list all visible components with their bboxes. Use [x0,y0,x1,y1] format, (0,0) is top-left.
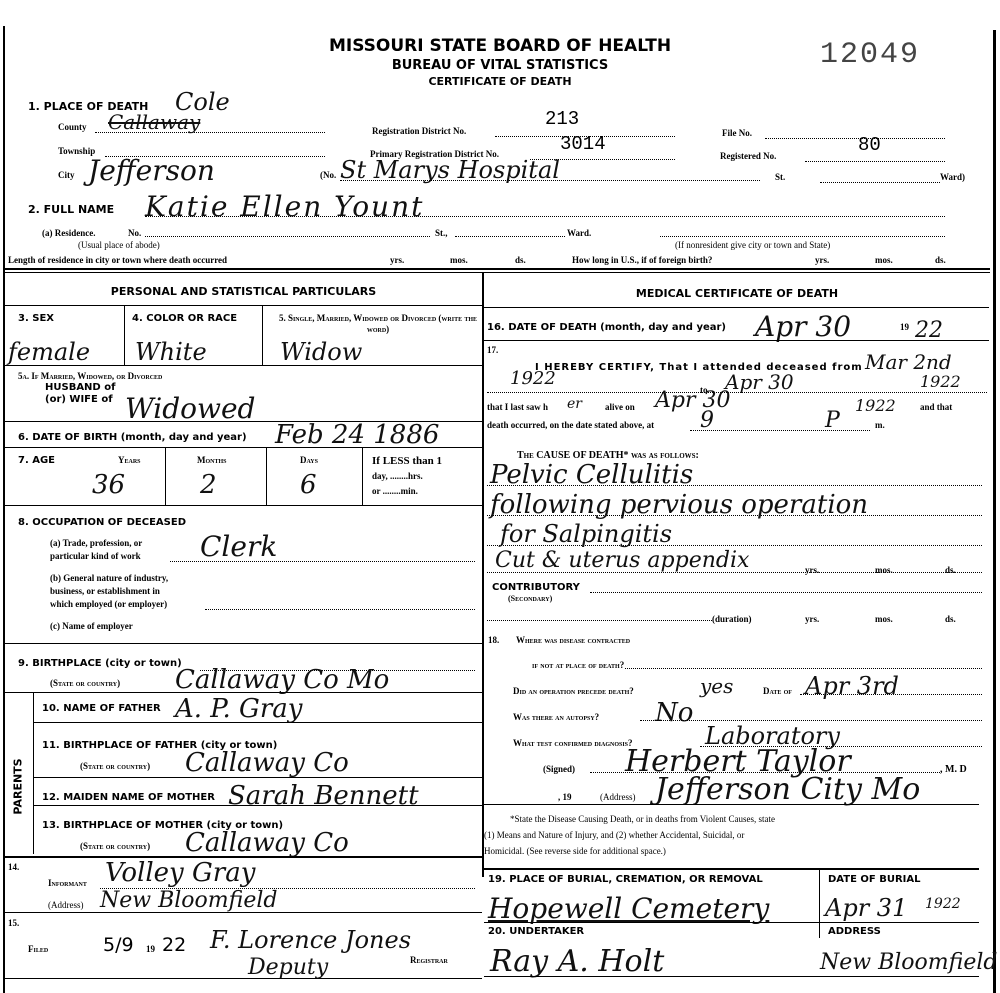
divider [484,340,989,341]
length-mos-label: mos. [450,255,468,265]
burial-date-value: Apr 31 [825,894,907,922]
attended-from-day: 1922 [510,368,556,389]
autopsy-label: Was there an autopsy? [513,712,599,722]
personal-section-title: PERSONAL AND STATISTICAL PARTICULARS [5,285,482,298]
occ-a-label-2: particular kind of work [50,551,141,561]
registered-no-label: Registered No. [720,151,776,161]
marital-label: 5. Single, Married, Widowed or Divorced … [278,313,478,335]
sex-value: female [8,338,90,366]
form-subtitle: BUREAU OF VITAL STATISTICS [250,58,750,73]
divider [484,868,979,870]
informant-label: Informant [48,878,87,888]
year-label: , 19 [558,792,572,802]
divider [484,976,979,977]
dob-value: Feb 24 1886 [275,420,439,450]
less-min-label: or ........min. [372,486,418,496]
registration-district-value: 213 [545,108,579,130]
certify-num: 17. [487,345,498,355]
divider [33,722,482,723]
county-struck: Callaway [108,110,200,134]
signed-label: (Signed) [543,764,575,774]
no-label: (No. [320,170,336,180]
footnote-1: *State the Disease Causing Death, or in … [510,814,775,824]
form-doc-type: CERTIFICATE OF DEATH [250,75,750,88]
registrar-label: Registrar [410,955,448,965]
burial-place-label: 19. PLACE OF BURIAL, CREMATION, OR REMOV… [488,874,763,885]
contributory-field [590,584,982,593]
last-saw-label: that I last saw h [487,402,548,412]
divider [5,643,482,644]
footnote-2: (1) Means and Nature of Injury, and (2) … [484,830,744,840]
divider [362,447,363,505]
ward-field [820,170,940,183]
divider [33,777,482,778]
residence-state-field [660,226,945,237]
parents-label: PARENTS [6,730,24,850]
divider [266,447,267,505]
column-divider [482,272,484,877]
file-no-label: File No. [722,128,752,138]
undertaker-value: Ray A. Holt [490,944,664,979]
divider [33,805,482,806]
length-yrs-label: yrs. [390,255,404,265]
informant-num: 14. [8,862,19,872]
divider [819,868,820,938]
undertaker-label: 20. UNDERTAKER [488,926,584,937]
registrar-deputy: Deputy [248,955,328,980]
residence-ward-field [455,226,565,237]
test-label: What test confirmed diagnosis? [513,738,633,748]
contracted-label: Where was disease contracted [516,635,630,645]
last-saw-year: 1922 [855,396,896,415]
months-value: 2 [200,470,217,500]
divider [5,305,482,306]
residence-ward-label: Ward. [567,228,591,238]
father-value: A. P. Gray [175,694,302,724]
attended-to-year: 1922 [920,372,961,391]
duration-mos-label: mos. [875,614,893,624]
foreign-yrs-label: yrs. [815,255,829,265]
spouse-label-3: (or) WIFE of [45,394,113,405]
signer-address-value: Jefferson City Mo [655,772,920,807]
race-label: 4. COLOR OR RACE [132,313,237,324]
dob-label: 6. DATE OF BIRTH (month, day and year) [18,432,247,443]
divider [5,692,482,693]
residence-no-field [145,226,430,237]
md-label: , M. D [940,764,967,775]
burial-date-year: 1922 [925,896,961,912]
divider [124,305,125,365]
informant-address-label: (Address) [48,900,84,910]
cause-text-1: Pelvic Cellulitis [490,460,693,490]
dod-label: 16. DATE OF DEATH (month, day and year) [487,322,726,333]
occurred-label: death occurred, on the date stated above… [487,420,654,430]
burial-date-label: DATE OF BURIAL [828,874,921,885]
full-name-field [145,206,945,217]
occ-b-label-3: which employed (or employer) [50,599,167,609]
cause-text-2: following pervious operation [490,490,868,520]
divider [484,922,979,923]
alive-on-label: alive on [605,402,635,412]
contracted-num: 18. [488,635,499,645]
length-residence-label: Length of residence in city or town wher… [8,255,227,265]
occurred-time: 9 [700,408,714,433]
birthplace-label: 9. BIRTHPLACE (city or town) [18,658,182,669]
years-label: Years [118,455,141,465]
nonresident-note: (If nonresident give city or town and St… [675,240,830,250]
months-label: Months [197,455,227,465]
medical-section-title: MEDICAL CERTIFICATE OF DEATH [484,287,990,300]
mother-value: Sarah Bennett [228,781,419,811]
divider [165,447,166,505]
divider [5,447,482,448]
duration-yrs-label: yrs. [805,614,819,624]
registrar-value: F. Lorence Jones [210,926,411,954]
secondary-label: (Secondary) [508,594,552,603]
spouse-label-1: 5a. If Married, Widowed, or Divorced [18,371,162,381]
city-value: Jefferson [88,154,215,187]
contracted-label-2: if not at place of death? [532,660,624,670]
footnote-3: Homicidal. (See reverse side for additio… [484,846,666,856]
divider [262,305,263,365]
dod-value: Apr 30 [755,310,851,343]
m-label: m. [875,420,885,430]
divider [5,505,482,506]
occ-b-label-1: (b) General nature of industry, [50,573,168,583]
marital-value: Widow [280,338,362,366]
signer-address-label: (Address) [600,792,636,802]
op-date-label: Date of [763,686,792,696]
form-title: MISSOURI STATE BOARD OF HEALTH [250,36,750,56]
days-value: 6 [300,470,317,500]
usual-abode-label: (Usual place of abode) [78,240,160,250]
industry-field [205,599,475,610]
occ-c-label: (c) Name of employer [50,621,133,631]
divider [33,692,34,854]
stamp-number: 12049 [820,38,920,72]
birthplace-value: Callaway Co Mo [175,665,389,695]
filed-num: 15. [8,918,19,928]
less-hours-label: day, ........hrs. [372,471,423,481]
registration-district-label: Registration District No. [372,126,466,136]
cause-mos-label: mos. [875,565,893,575]
occ-b-label-2: business, or establishment in [50,586,160,596]
spouse-label-2: HUSBAND of [45,382,115,393]
duration-label: (duration) [712,614,752,624]
operation-value: yes [700,674,733,698]
st-label: St. [775,172,785,182]
mother-label: 12. MAIDEN NAME OF MOTHER [42,792,215,803]
registered-no-value: 80 [858,134,881,156]
occurred-ampm: P [825,408,840,433]
divider [5,272,990,273]
undertaker-address-value: New Bloomfield [820,950,997,975]
length-ds-label: ds. [515,255,526,265]
foreign-birth-label: How long in U.S., if of foreign birth? [572,255,712,265]
autopsy-field [640,712,982,721]
sex-label: 3. SEX [18,313,54,324]
institution-field [340,168,760,181]
certify-text: I HEREBY CERTIFY, That I attended deceas… [535,362,863,373]
ward-label: Ward) [940,172,965,182]
county-label: County [58,122,87,132]
residence-label: (a) Residence. [42,228,96,238]
primary-district-value: 3014 [560,133,606,155]
divider [5,268,990,270]
attended-from-value: Mar 2nd [865,350,952,374]
occ-a-label-1: (a) Trade, profession, or [50,538,142,548]
contracted-field [625,660,982,669]
duration-ds-label: ds. [945,614,956,624]
contributory-label: CONTRIBUTORY [492,582,580,593]
father-birthplace-value: Callaway Co [185,748,349,778]
mother-birthplace-state-label: (State or country) [80,841,150,851]
foreign-ds-label: ds. [935,255,946,265]
dod-year-prefix: 19 [900,322,909,332]
divider [484,804,979,805]
days-label: Days [300,455,318,465]
cause-ds-label: ds. [945,565,956,575]
primary-district-label: Primary Registration District No. [370,149,499,159]
occupation-value: Clerk [200,530,277,563]
filed-label: Filed [28,944,48,954]
informant-address-value: New Bloomfield [100,888,277,913]
file-no-field [765,126,945,139]
filed-year-prefix: 19 [146,944,155,954]
divider [484,307,989,308]
occurred-field [690,420,870,431]
cause-text-3: for Salpingitis [500,520,672,548]
divider [5,912,482,913]
mother-birthplace-value: Callaway Co [185,828,349,858]
right-border [993,30,996,993]
foreign-mos-label: mos. [875,255,893,265]
age-label: 7. AGE [18,455,55,466]
operation-label: Did an operation precede death? [513,686,634,696]
birthplace-state-label: (State or country) [50,678,120,688]
race-value: White [135,338,207,366]
filed-date-value: 5/9 [103,934,134,956]
residence-no-label: No. [128,228,141,238]
years-value: 36 [92,470,125,500]
last-saw-her: er [567,396,582,412]
and-that-label: and that [920,402,952,412]
filed-year-value: 22 [162,934,186,956]
burial-address-label: ADDRESS [828,926,881,937]
city-label: City [58,170,75,180]
divider [5,365,482,366]
father-birthplace-state-label: (State or country) [80,761,150,771]
father-label: 10. NAME OF FATHER [42,703,161,714]
op-date-field [800,686,982,695]
less-than-label: If LESS than 1 [372,455,442,467]
last-saw-value: Apr 30 [655,388,730,413]
occupation-label: 8. OCCUPATION OF DECEASED [18,517,186,528]
cause-yrs-label: yrs. [805,565,819,575]
attended-to-value: Apr 30 [725,370,794,394]
divider [5,978,482,979]
residence-st-label: St., [435,228,448,238]
burial-place-value: Hopewell Cemetery [488,892,769,925]
duration-field [487,612,712,621]
full-name-label: 2. FULL NAME [28,203,114,216]
cause-text-4: Cut & uterus appendix [495,548,749,573]
left-border [3,26,5,993]
